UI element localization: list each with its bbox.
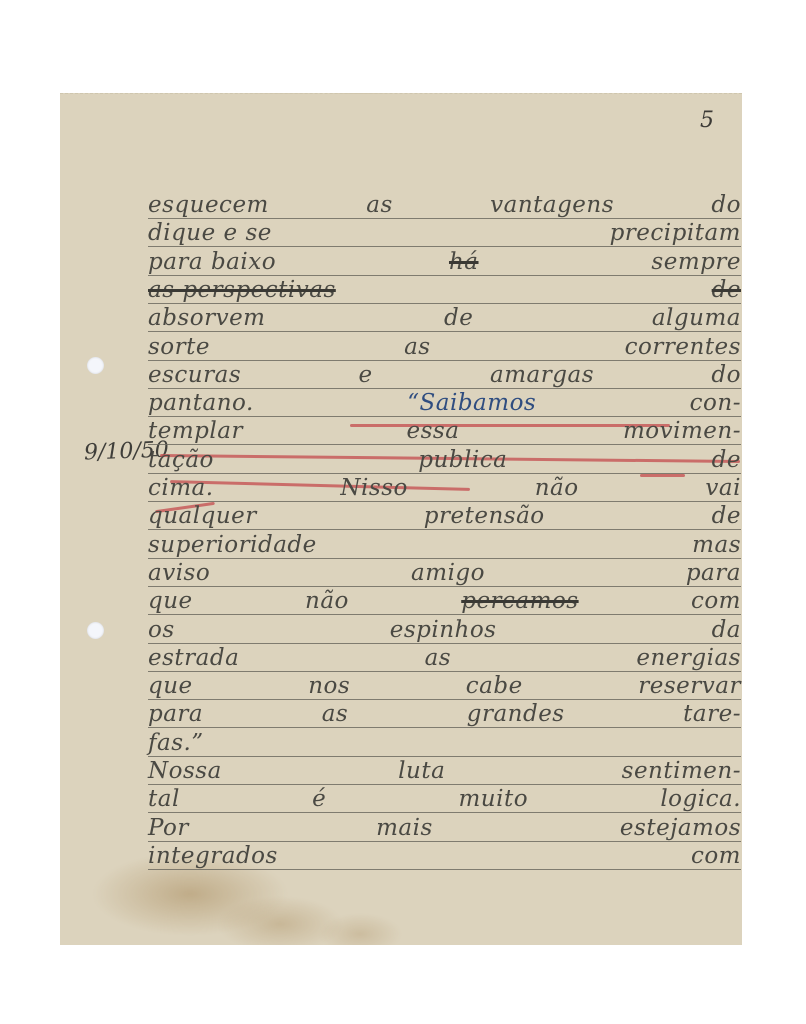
- word: vantagens: [490, 192, 614, 219]
- word: e: [359, 362, 373, 389]
- word: para baixo: [148, 249, 276, 276]
- word: tal: [148, 786, 180, 813]
- page-number: 5: [700, 108, 714, 133]
- punch-hole-bottom: [87, 622, 104, 639]
- text-line: para baixohásempre: [148, 248, 741, 276]
- word: sentimen-: [622, 758, 741, 785]
- word: com: [691, 843, 741, 870]
- word: con-: [690, 390, 741, 417]
- text-line: fas.”: [148, 729, 741, 757]
- word: alguma: [652, 305, 741, 332]
- text-line: Nossalutasentimen-: [148, 757, 741, 785]
- word: luta: [398, 758, 445, 785]
- text-line: integradoscom: [148, 842, 741, 870]
- word: os: [148, 617, 175, 644]
- word: é: [312, 786, 326, 813]
- word: do: [711, 362, 741, 389]
- word: tare-: [683, 701, 741, 728]
- word: cima.: [148, 475, 214, 502]
- word: nos: [308, 673, 350, 700]
- word: reservar: [638, 673, 741, 700]
- word: qualquer: [148, 503, 257, 530]
- word: de: [712, 447, 741, 474]
- text-line: estradaasenergias: [148, 644, 741, 672]
- text-line: quenãopercamoscom: [148, 587, 741, 615]
- word: de: [712, 277, 741, 304]
- word: templar: [148, 418, 243, 445]
- word: integrados: [148, 843, 278, 870]
- word: as perspectivas: [148, 277, 336, 304]
- word: do: [711, 192, 741, 219]
- word: muito: [458, 786, 528, 813]
- text-line: osespinhosda: [148, 616, 741, 644]
- punch-hole-top: [87, 357, 104, 374]
- word: aviso: [148, 560, 210, 587]
- word: publica: [418, 447, 507, 474]
- word: logica.: [660, 786, 741, 813]
- text-line: superioridademas: [148, 531, 741, 559]
- manuscript-page: 5 9/10/50 esquecemasvantagensdodique e s…: [60, 93, 742, 945]
- word: movimen-: [623, 418, 741, 445]
- word: Por: [148, 815, 189, 842]
- word: de: [712, 503, 741, 530]
- word: correntes: [625, 334, 741, 361]
- word: as: [425, 645, 452, 672]
- word: estejamos: [620, 815, 741, 842]
- word: fas.”: [148, 730, 204, 757]
- word: as: [322, 701, 349, 728]
- text-line: pantano.“Saibamoscon-: [148, 389, 741, 417]
- text-line: sorteascorrentes: [148, 333, 741, 361]
- text-line: esquecemasvantagensdo: [148, 191, 741, 219]
- word: estrada: [148, 645, 239, 672]
- text-line: Pormaisestejamos: [148, 814, 741, 842]
- word: sempre: [651, 249, 741, 276]
- word: amargas: [490, 362, 594, 389]
- word: as: [404, 334, 431, 361]
- word: sorte: [148, 334, 210, 361]
- text-line: avisoamigopara: [148, 559, 741, 587]
- word: cabe: [466, 673, 523, 700]
- word: percamos: [461, 588, 578, 615]
- text-line: talémuitologica.: [148, 785, 741, 813]
- word: para: [148, 701, 203, 728]
- text-line: absorvemdealguma: [148, 304, 741, 332]
- word: escuras: [148, 362, 241, 389]
- word: mas: [692, 532, 741, 559]
- word: vai: [705, 475, 741, 502]
- word: com: [691, 588, 741, 615]
- word: Nisso: [340, 475, 407, 502]
- word: amigo: [411, 560, 485, 587]
- word: absorvem: [148, 305, 266, 332]
- word: pantano.: [148, 390, 254, 417]
- word: grandes: [467, 701, 565, 728]
- word: espinhos: [390, 617, 497, 644]
- text-line: quenoscabereservar: [148, 672, 741, 700]
- word: tação: [148, 447, 214, 474]
- text-line: as perspectivasde: [148, 276, 741, 304]
- word: para: [686, 560, 741, 587]
- word: não: [305, 588, 349, 615]
- word: não: [535, 475, 579, 502]
- word: precipitam: [610, 220, 741, 247]
- word: Nossa: [148, 758, 222, 785]
- word: esquecem: [148, 192, 269, 219]
- word: que: [148, 673, 193, 700]
- word: mais: [376, 815, 433, 842]
- word: as: [366, 192, 393, 219]
- text-line: taçãopublicade: [148, 446, 741, 474]
- word: pretensão: [424, 503, 545, 530]
- text-line: paraasgrandestare-: [148, 700, 741, 728]
- text-line: dique e seprecipitam: [148, 219, 741, 247]
- word: essa: [407, 418, 460, 445]
- word: que: [148, 588, 193, 615]
- word: energias: [636, 645, 741, 672]
- word: superioridade: [148, 532, 317, 559]
- word: de: [444, 305, 473, 332]
- text-line: templaressamovimen-: [148, 417, 741, 445]
- text-line: qualquerpretensãode: [148, 502, 741, 530]
- word: “Saibamos: [407, 390, 536, 417]
- word: dique e se: [148, 220, 272, 247]
- text-line: cima.Nissonãovai: [148, 474, 741, 502]
- text-line: escuraseamargasdo: [148, 361, 741, 389]
- word: da: [712, 617, 741, 644]
- word: há: [449, 249, 479, 276]
